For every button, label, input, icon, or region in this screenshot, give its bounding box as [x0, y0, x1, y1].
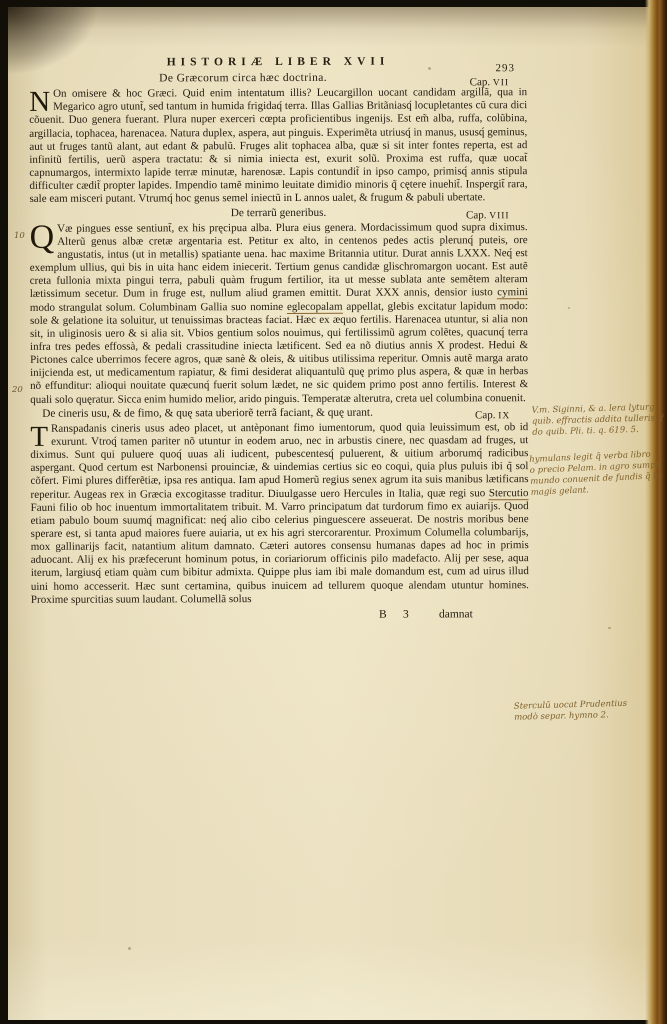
- cap-label: Cap.: [470, 76, 491, 88]
- paper-speck: [608, 627, 611, 629]
- handwritten-note-3: Sterculũ uocat Prudentius modò separ. hy…: [514, 698, 647, 723]
- chapter7-paragraph: NOn omisere & hoc Græci. Quid enim inten…: [29, 86, 527, 206]
- text-column: HISTORIÆ LIBER XVII De Græcorum circa hæ…: [29, 55, 529, 626]
- running-title: HISTORIÆ LIBER XVII: [29, 55, 527, 70]
- margin-line-number-20: 20: [12, 385, 23, 395]
- paper-speck: [568, 307, 570, 309]
- catchword: damnat: [439, 608, 473, 621]
- paper-speck: [128, 947, 131, 950]
- chapter7-heading-row: De Græcorum circa hæc doctrina. 293 Cap.…: [29, 71, 527, 88]
- chapter9-paragraph: TRanspadanis cineris usus adeo placet, u…: [30, 421, 529, 607]
- chapter8-paragraph: QVæ pingues esse sentiunt̃, ex his pręci…: [30, 221, 529, 407]
- chapter7-heading: De Græcorum circa hæc doctrina.: [29, 72, 457, 87]
- gathering-signature: B: [379, 609, 387, 622]
- chapter8-text: Væ pingues esse sentiunt̃, ex his pręcip…: [30, 221, 528, 406]
- chapter7-cap-number: Cap. VII: [470, 76, 509, 90]
- chapter9-text: Ranspadanis cineris usus adeo placet, ut…: [30, 421, 528, 606]
- chapter9-cap-number: Cap. IX: [475, 409, 510, 423]
- book-fore-edge: [645, 0, 667, 1024]
- chapter8-cap-number: Cap. VIII: [466, 209, 510, 223]
- cap-numeral: VIII: [489, 211, 509, 221]
- cap-numeral: VII: [493, 78, 509, 88]
- cap-label: Cap.: [466, 209, 487, 221]
- handwritten-note-2: hymulans legit q̃ verba libro o precio P…: [529, 449, 663, 499]
- gathering-signature-number: 3: [403, 608, 409, 621]
- page-number: 293: [496, 62, 516, 75]
- chapter7-dropcap: N: [29, 88, 53, 114]
- chapter9-dropcap: T: [30, 423, 51, 449]
- chapter8-dropcap: Q: [30, 222, 58, 250]
- handwritten-note-1: V.m. Siginni, & a. lera lyturg. quib. ef…: [532, 402, 665, 438]
- chapter8-heading-row: De terrarũ generibus. Cap. VIII: [30, 206, 528, 222]
- cap-numeral: IX: [498, 411, 510, 421]
- margin-line-number-10: 10: [14, 231, 25, 241]
- chapter7-text: On omisere & hoc Græci. Quid enim intent…: [29, 86, 527, 205]
- chapter8-heading: De terrarũ generibus.: [30, 206, 528, 221]
- signature-line: B 3 damnat: [31, 608, 529, 626]
- cap-label: Cap.: [475, 409, 496, 421]
- chapter9-heading: De cineris usu, & de fimo, & quę sata ub…: [42, 406, 458, 421]
- chapter9-heading-row: De cineris usu, & de fimo, & quę sata ub…: [30, 406, 528, 422]
